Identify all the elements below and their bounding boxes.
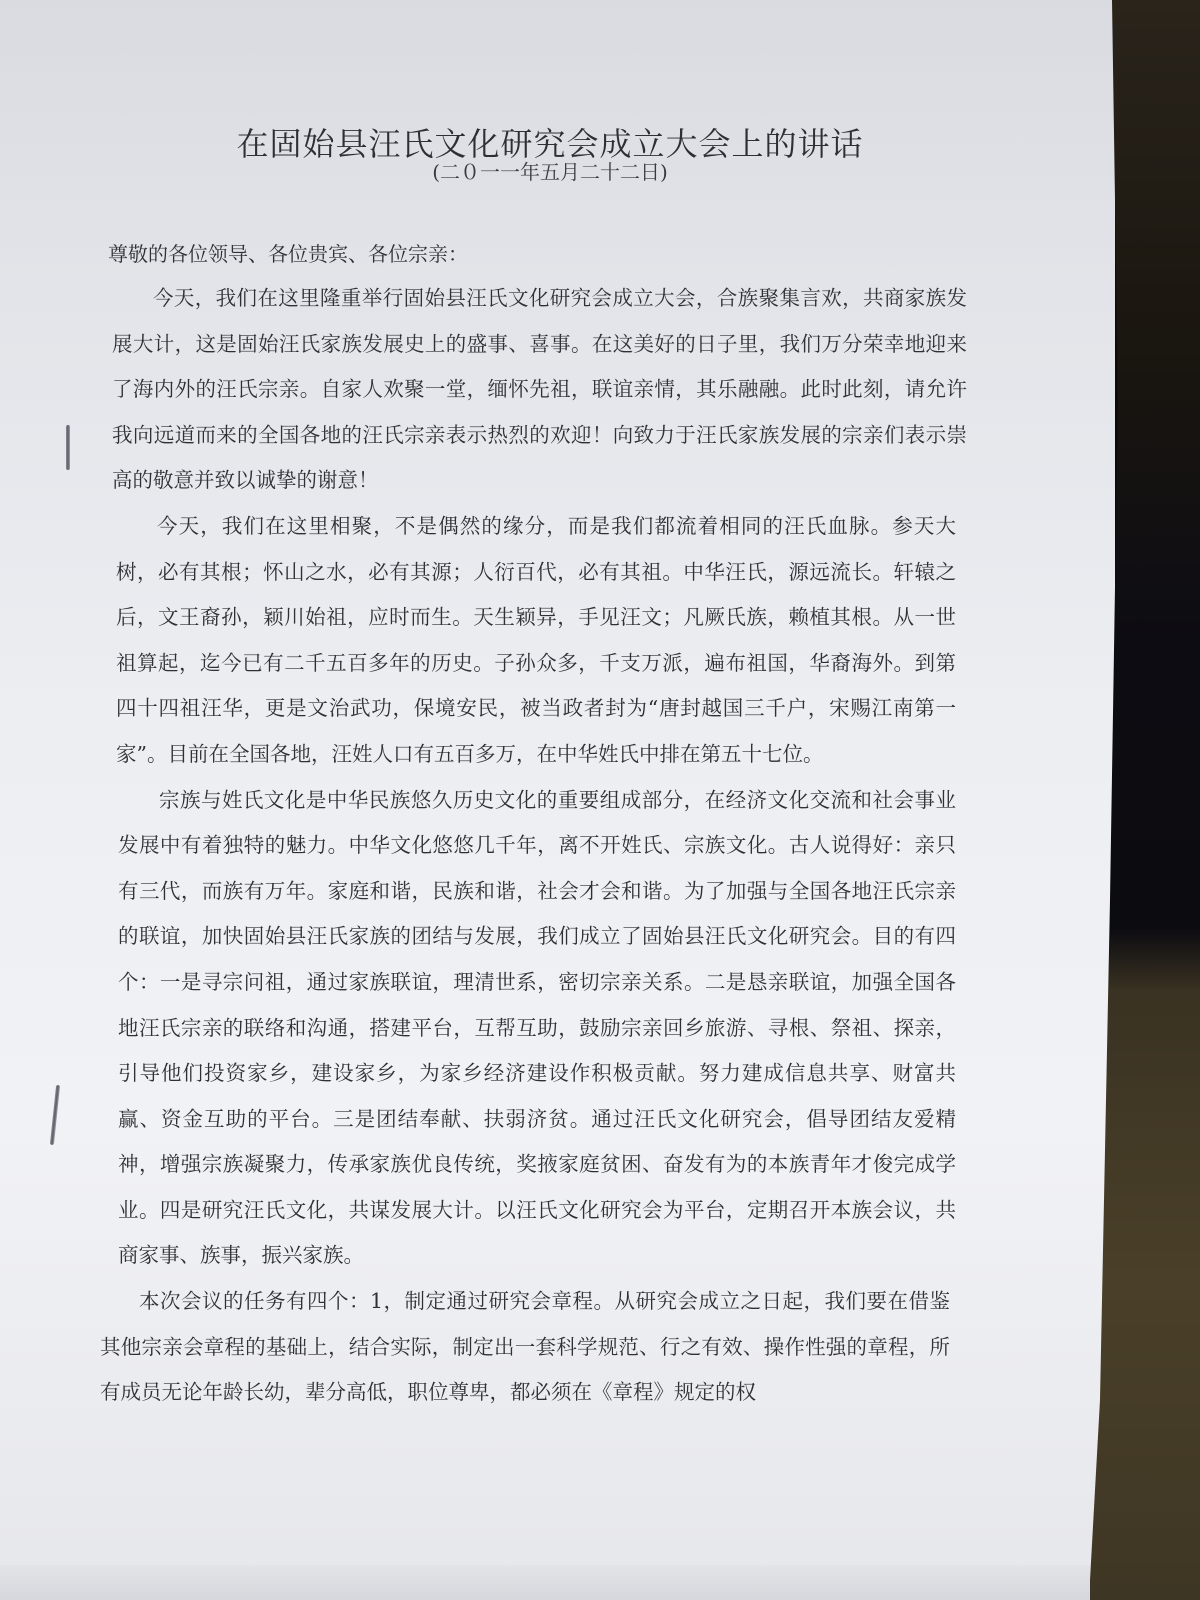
paragraph: 本次会议的任务有四个：1，制定通过研究会章程。从研究会成立之日起，我们要在借鉴其… <box>100 1279 950 1416</box>
paper-fold <box>0 1565 1090 1600</box>
staple-mark <box>50 1085 60 1145</box>
document-page: 在固始县汪氏文化研究会成立大会上的讲话 (二０一一年五月二十二日) 尊敬的各位领… <box>0 0 1115 1600</box>
paragraph: 今天，我们在这里隆重举行固始县汪氏文化研究会成立大会，合族聚集言欢，共商家族发展… <box>112 276 967 504</box>
paragraph: 宗族与姓氏文化是中华民族悠久历史文化的重要组成部分，在经济文化交流和社会事业发展… <box>118 778 956 1280</box>
speech-body: 今天，我们在这里隆重举行固始县汪氏文化研究会成立大会，合族聚集言欢，共商家族发展… <box>112 276 967 1416</box>
salutation: 尊敬的各位领导、各位贵宾、各位宗亲： <box>108 238 468 267</box>
staple-mark <box>66 425 70 470</box>
paragraph: 今天，我们在这里相聚，不是偶然的缘分，而是我们都流着相同的汪氏血脉。参天大树，必… <box>116 504 956 778</box>
document-date: (二０一一年五月二十二日) <box>100 156 1000 185</box>
